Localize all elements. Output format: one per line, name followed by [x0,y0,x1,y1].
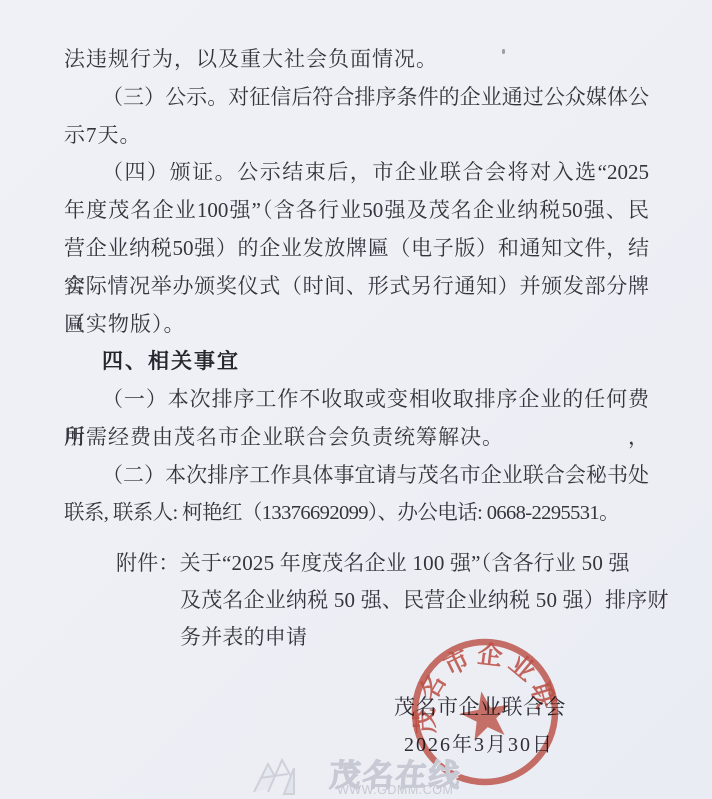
document-line: 年度茂名企业100强”（含各行业50强及茂名企业纳税50强、民 [64,192,649,230]
watermark-url: WWW.GDMM.COM [337,783,453,797]
attachment-text: 关于“2025 年度茂名企业 100 强”（含各行业 50 强 [180,551,630,575]
attachment-line: 及茂名企业纳税 50 强、民营企业纳税 50 强）排序财 [180,584,669,614]
attachment-line: 附件：关于“2025 年度茂名企业 100 强”（含各行业 50 强 [116,547,630,577]
document-line: （四）颁证。公示结束后，市企业联合会将对入选“2025 [64,154,649,192]
document-line: （二）本次排序工作具体事宜请与茂名市企业联合会秘书处 [64,457,649,495]
attachment-line: 务并表的申请 [180,621,307,651]
document-line: （实物版）。 [64,306,649,344]
document-line: 联系, 联系人: 柯艳红（13376692099）、办公电话: 0668-229… [64,495,649,533]
document-line: （三）公示。对征信后符合排序条件的企业通过公众媒体公 [64,79,649,117]
document-line: 四、相关事宜 [64,343,649,381]
document-body: 法违规行为，以及重大社会负面情况。（三）公示。对征信后符合排序条件的企业通过公众… [64,41,649,532]
document-line: （一）本次排序工作不收取或变相收取排序企业的任何费用， [64,381,649,419]
document-line: 营企业纳税50强）的企业发放牌匾（电子版）和通知文件，结合 [64,230,649,268]
document-line: 示7天。 [64,117,649,155]
document-line: 法违规行为，以及重大社会负面情况。 [64,41,649,79]
attachment-label: 附件： [116,551,180,575]
seal-star-icon [457,687,514,742]
gdmm-logo-icon [250,752,330,798]
document-line: 实际情况举办颁奖仪式（时间、形式另行通知）并颁发部分牌匾 [64,268,649,306]
scanned-document-page: 法违规行为，以及重大社会负面情况。（三）公示。对征信后符合排序条件的企业通过公众… [0,0,712,799]
